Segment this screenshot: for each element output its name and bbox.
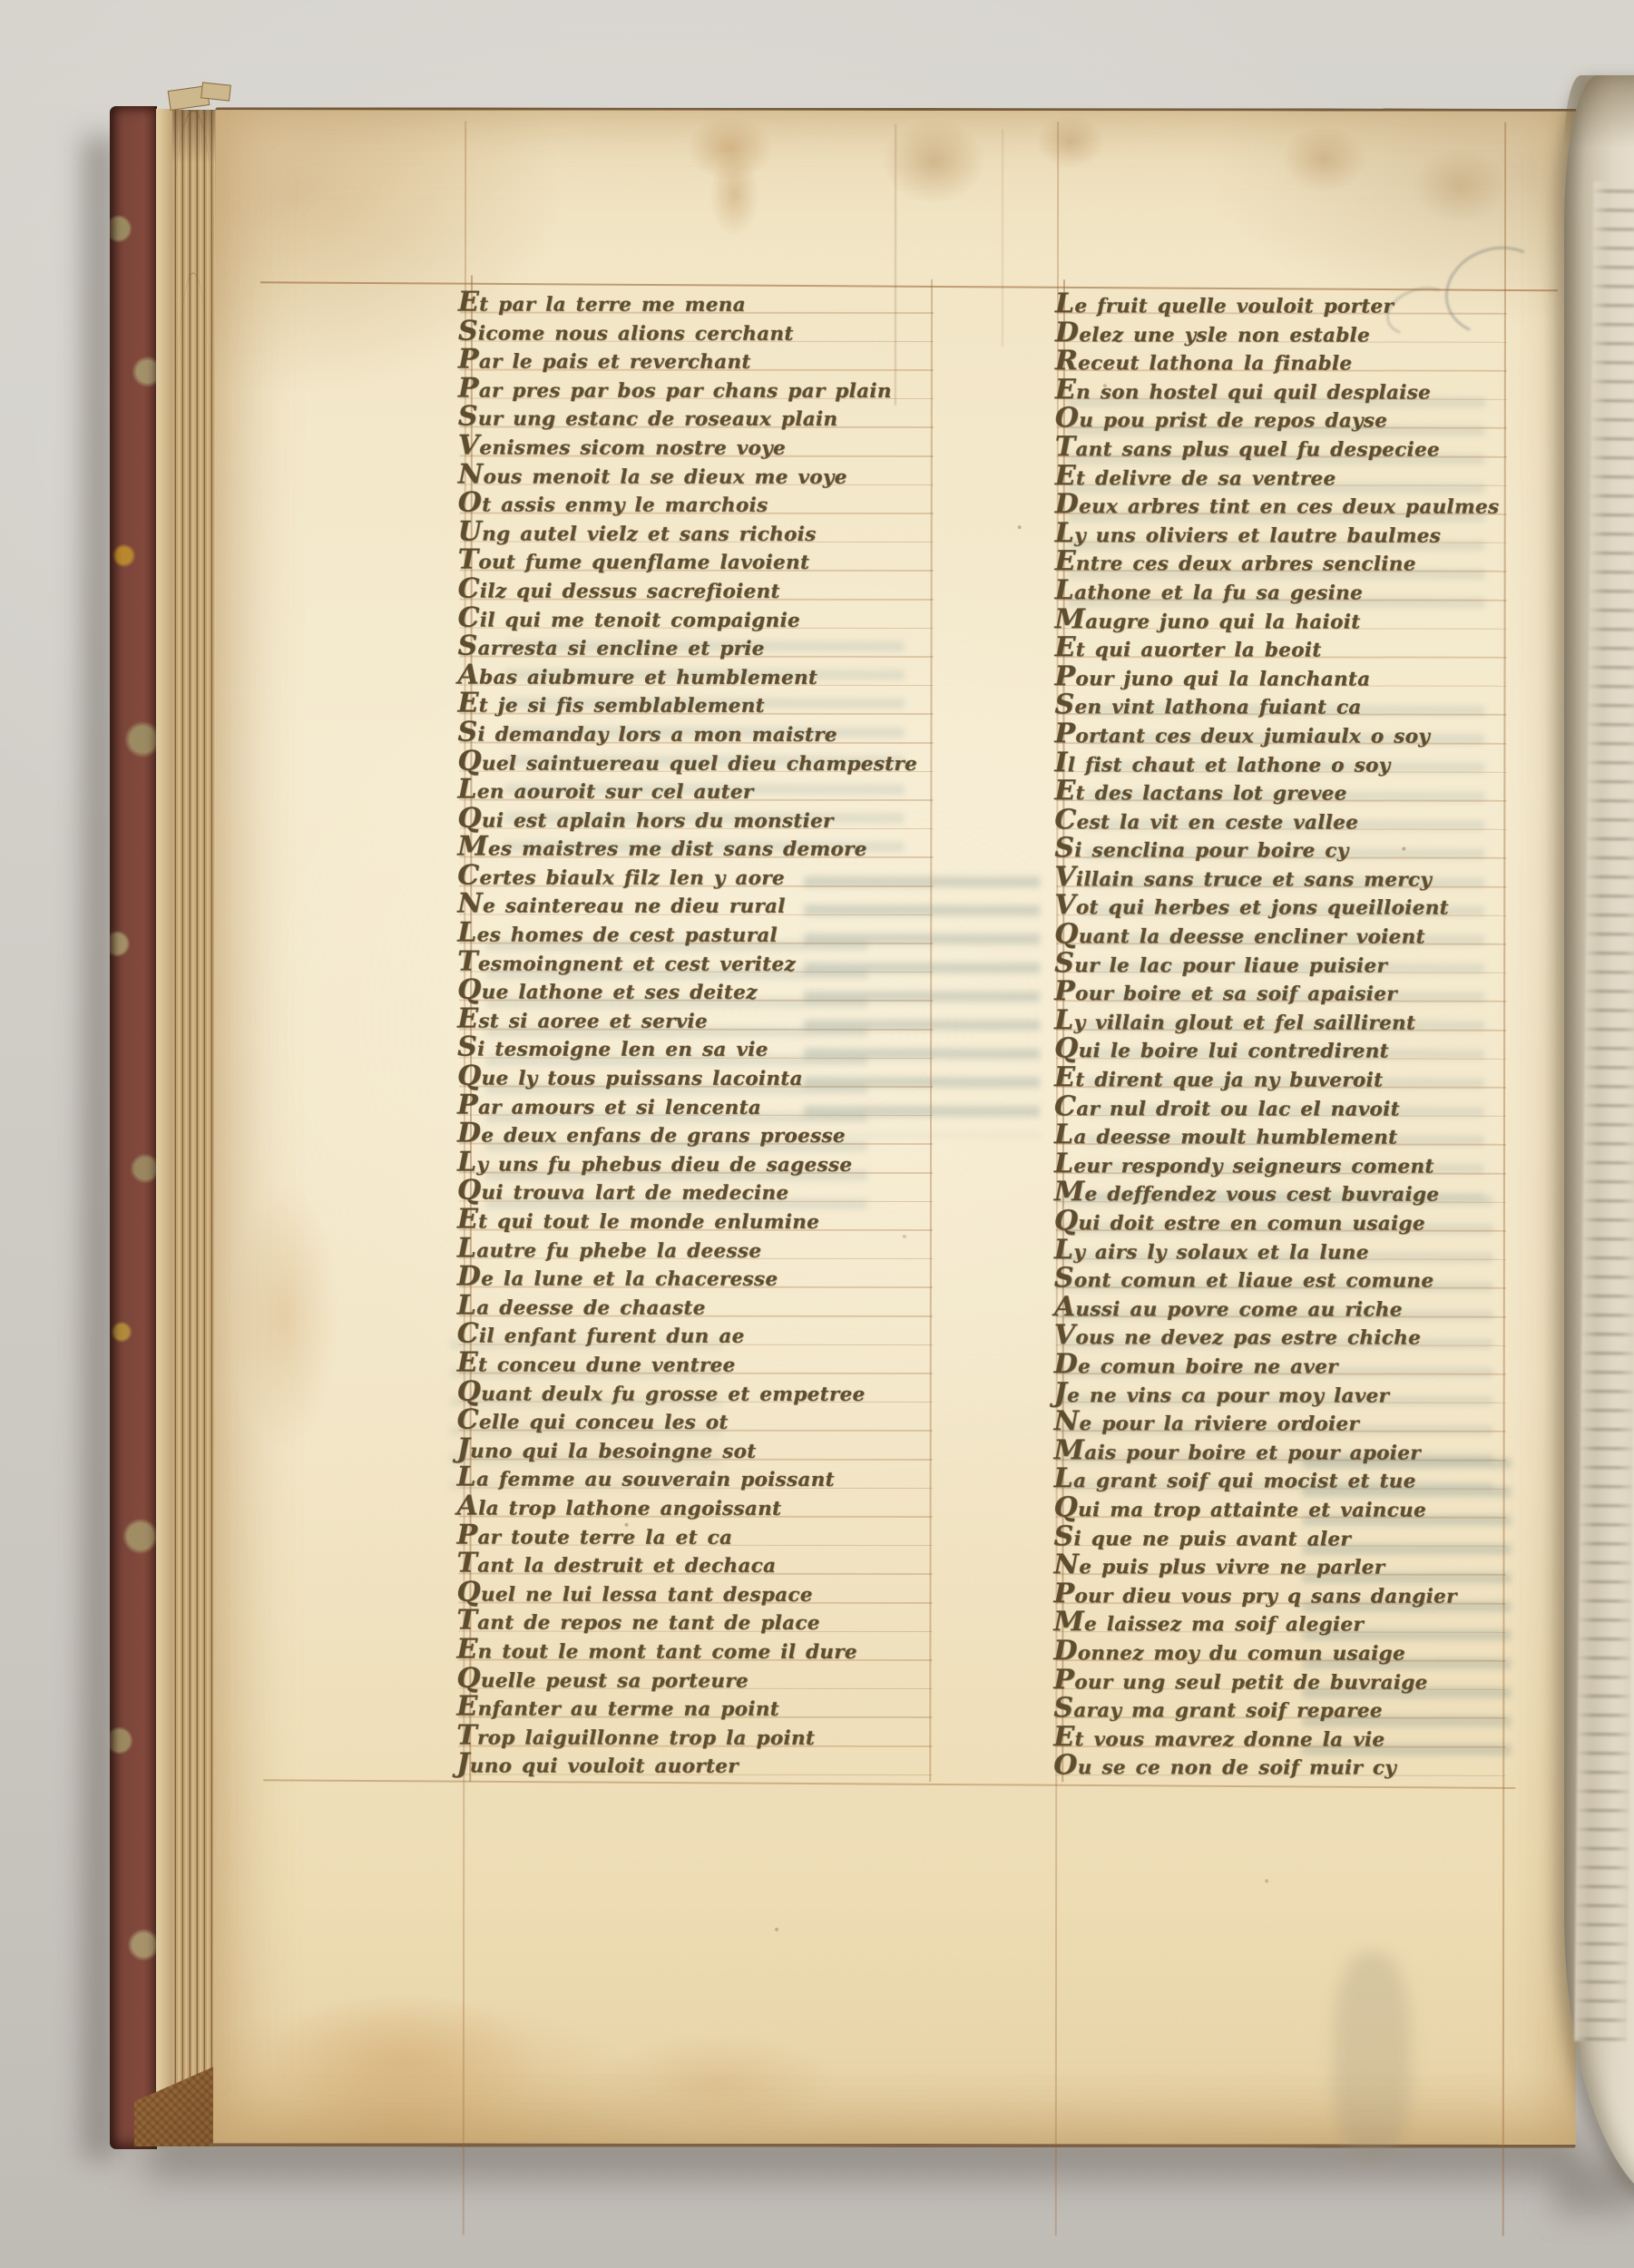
verse-line: Cil qui me tenoit compaignie xyxy=(458,603,953,632)
verse-line: La grant soif qui mocist et tue xyxy=(1054,1465,1526,1494)
fly-specks xyxy=(215,110,217,112)
vellum-page: Et par la terre me menaSicome nous alion… xyxy=(213,107,1578,2148)
verse-line: Ne pour la riviere ordoier xyxy=(1054,1407,1526,1436)
verse-line: De comun boire ne aver xyxy=(1054,1350,1526,1379)
verse-line: Par le pais et reverchant xyxy=(458,346,953,375)
verse-line: Si demanday lors a mon maistre xyxy=(457,718,952,747)
verse-line: Tant sans plus quel fu despeciee xyxy=(1055,433,1527,462)
verse-line: Et je si fis semblablement xyxy=(457,689,952,719)
verse-line: Tesmoingnent et cest veritez xyxy=(457,947,952,976)
verse-line: La femme au souverain poissant xyxy=(457,1463,952,1492)
verse-line: Trop laiguillonne trop la point xyxy=(456,1721,951,1750)
verse-line: Mes maistres me dist sans demore xyxy=(457,833,952,862)
verse-line: Qui trouva lart de medecine xyxy=(457,1177,952,1206)
verse-line: Sarresta si encline et prie xyxy=(458,632,953,661)
facing-page-top-shading xyxy=(1564,75,1634,148)
verse-line: De la lune et la chaceresse xyxy=(457,1263,952,1292)
verse-line: Sicome nous alions cerchant xyxy=(458,317,953,346)
verse-line: Qui est aplain hors du monstier xyxy=(457,804,952,833)
verse-line: Il fist chaut et lathone o soy xyxy=(1054,748,1526,777)
verse-line: Juno qui la besoingne sot xyxy=(457,1434,952,1463)
verse-line: Certes biaulx filz len y aore xyxy=(457,861,952,890)
verse-line: De deux enfans de grans proesse xyxy=(457,1119,952,1149)
ruling-bottom-line xyxy=(263,1779,1515,1788)
verse-line: Qui le boire lui contredirent xyxy=(1054,1035,1526,1064)
verse-line: Vot qui herbes et jons queilloient xyxy=(1054,892,1526,921)
verse-line: Ot assis enmy le marchois xyxy=(458,489,953,518)
verse-line: Cilz qui dessus sacrefioient xyxy=(458,574,953,603)
verse-line: Quant la deesse encliner voient xyxy=(1054,920,1526,949)
verse-line: Celle qui conceu les ot xyxy=(457,1406,952,1435)
verse-line: Je ne vins ca pour moy laver xyxy=(1054,1379,1526,1408)
verse-line: Abas aiubmure et humblement xyxy=(458,660,953,689)
verse-line: Pour ung seul petit de buvraige xyxy=(1053,1666,1525,1695)
verse-line: Mais pour boire et pour apoier xyxy=(1054,1436,1526,1465)
endpaper-edge xyxy=(156,109,172,2144)
verse-line: Ly uns oliviers et lautre baulmes xyxy=(1055,519,1527,548)
verse-line: Ly villain glout et fel saillirent xyxy=(1054,1006,1526,1035)
verse-line: Pour boire et sa soif apaisier xyxy=(1054,977,1526,1006)
verse-line: Si senclina pour boire cy xyxy=(1054,834,1526,863)
verse-line: Cest la vit en ceste vallee xyxy=(1054,806,1526,835)
stain xyxy=(1036,114,1104,169)
verse-line: Le fruit quelle vouloit porter xyxy=(1055,289,1527,318)
verse-line: Pour dieu vous pry q sans dangier xyxy=(1053,1579,1525,1608)
verse-line: Quelle peust sa porteure xyxy=(456,1664,951,1693)
stain xyxy=(1334,1953,1411,2162)
verse-line: En tout le mont tant come il dure xyxy=(456,1635,951,1664)
verse-line: La deesse de chaaste xyxy=(457,1291,952,1320)
book-spine-marbled-leather xyxy=(110,106,157,2149)
verse-line: Me laissez ma soif alegier xyxy=(1053,1608,1525,1637)
verse-line: Ung autel vielz et sans richois xyxy=(458,517,953,546)
verse-line: Tant la destruit et dechaca xyxy=(456,1549,951,1579)
verse-line: Enfanter au terme na point xyxy=(456,1693,951,1722)
verse-line: Et delivre de sa ventree xyxy=(1055,462,1527,491)
verse-line: Et dirent que ja ny buveroit xyxy=(1054,1063,1526,1092)
crease xyxy=(1002,129,1003,347)
verse-line: Si tesmoigne len en sa vie xyxy=(457,1033,952,1062)
verse-line: Pour juno qui la lanchanta xyxy=(1055,662,1527,691)
verse-line: Receut lathona la finable xyxy=(1055,347,1527,376)
verse-line: Et des lactans lot grevee xyxy=(1054,777,1526,806)
verse-line: Et qui auorter la beoit xyxy=(1055,633,1527,662)
verse-line: Leur respondy seigneurs coment xyxy=(1054,1149,1526,1178)
verse-line: Sur le lac pour liaue puisier xyxy=(1054,949,1526,978)
verse-line: Sur ung estanc de roseaux plain xyxy=(458,403,953,432)
verse-line: Lautre fu phebe la deesse xyxy=(457,1234,952,1263)
verse-line: Sen vint lathona fuiant ca xyxy=(1054,690,1526,719)
verse-line: Est si aoree et servie xyxy=(457,1004,952,1033)
verse-line: Maugre juno qui la haioit xyxy=(1055,605,1527,634)
verse-line: Et vous mavrez donne la vie xyxy=(1053,1723,1525,1752)
verse-line: Ly airs ly solaux et la lune xyxy=(1054,1236,1526,1265)
verse-line: Villain sans truce et sans mercy xyxy=(1054,863,1526,892)
verse-line: Aussi au povre come au riche xyxy=(1054,1293,1526,1322)
text-column-left: Et par la terre me menaSicome nous alion… xyxy=(456,288,953,1778)
stain xyxy=(1281,124,1367,192)
verse-line: Car nul droit ou lac el navoit xyxy=(1054,1092,1526,1121)
verse-line: Si que ne puis avant aler xyxy=(1054,1522,1526,1551)
verse-line: Que ly tous puissans lacointa xyxy=(457,1062,952,1091)
verse-line: Me deffendez vous cest buvraige xyxy=(1054,1178,1526,1207)
verse-line: Portant ces deux jumiaulx o soy xyxy=(1054,719,1526,748)
verse-line: Vous ne devez pas estre chiche xyxy=(1054,1322,1526,1351)
verse-line: Lathone et la fu sa gesine xyxy=(1055,576,1527,605)
verse-line: Quel ne lui lessa tant despace xyxy=(456,1578,951,1607)
verse-line: Ou se ce non de soif muir cy xyxy=(1053,1751,1525,1780)
verse-line: Ala trop lathone angoissant xyxy=(457,1491,952,1520)
verse-line: La deesse moult humblement xyxy=(1054,1120,1526,1149)
stain xyxy=(882,118,986,204)
verse-line: Quant deulx fu grosse et empetree xyxy=(457,1377,952,1406)
verse-line: Les homes de cest pastural xyxy=(457,919,952,948)
verse-line: Juno qui vouloit auorter xyxy=(456,1750,951,1779)
verse-line: Et qui tout le monde enlumine xyxy=(457,1205,952,1234)
stain xyxy=(594,2034,839,2134)
verse-line: Par amours et si lencenta xyxy=(457,1090,952,1119)
verse-line: Deux arbres tint en ces deux paulmes xyxy=(1055,490,1527,519)
verse-line: Donnez moy du comun usaige xyxy=(1053,1637,1525,1666)
verse-line: Saray ma grant soif reparee xyxy=(1053,1694,1525,1723)
verse-line: Par toute terre la et ca xyxy=(457,1520,952,1549)
stain xyxy=(230,1180,339,1452)
stain xyxy=(1413,148,1508,225)
stain xyxy=(709,152,759,238)
verse-line: Qui doit estre en comun usaige xyxy=(1054,1207,1526,1236)
verse-line: Par pres par bos par chans par plain xyxy=(458,374,953,403)
verse-line: En son hostel qui quil desplaise xyxy=(1055,376,1527,405)
stain xyxy=(263,1992,544,2128)
verse-line: Et conceu dune ventree xyxy=(457,1348,952,1377)
verse-line: Quel saintuereau quel dieu champestre xyxy=(457,747,952,776)
verse-line: Len aouroit sur cel auter xyxy=(457,776,952,805)
verse-line: Ne saintereau ne dieu rural xyxy=(457,890,952,919)
verse-line: Sont comun et liaue est comune xyxy=(1054,1264,1526,1293)
verse-line: Cil enfant furent dun ae xyxy=(457,1320,952,1349)
verse-line: Tant de repos ne tant de place xyxy=(456,1607,951,1636)
verse-line: Ou pou prist de repos dayse xyxy=(1055,405,1527,434)
verse-line: Qui ma trop attainte et vaincue xyxy=(1054,1493,1526,1522)
verse-line: Ly uns fu phebus dieu de sagesse xyxy=(457,1148,952,1177)
verse-line: Venismes sicom nostre voye xyxy=(458,431,953,460)
verse-line: Entre ces deux arbres sencline xyxy=(1055,548,1527,577)
verse-line: Tout fume quenflame lavoient xyxy=(458,546,953,575)
verse-line: Ne puis plus vivre ne parler xyxy=(1053,1550,1525,1579)
verse-line: Et par la terre me mena xyxy=(458,288,953,317)
headcap-fragment xyxy=(201,82,231,101)
verse-line: Delez une ysle non estable xyxy=(1055,318,1527,347)
verse-line: Nous menoit la se dieux me voye xyxy=(458,460,953,489)
text-column-right: Le fruit quelle vouloit porterDelez une … xyxy=(1053,289,1527,1780)
verse-line: Que lathone et ses deitez xyxy=(457,976,952,1005)
